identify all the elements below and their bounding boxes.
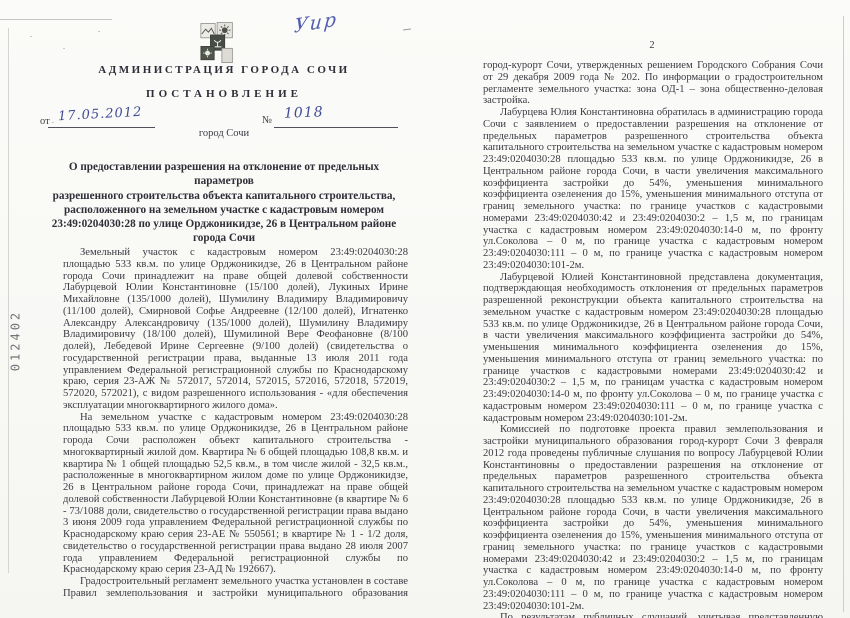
- document-title-line: разрешенного строительства объекта капит…: [50, 189, 398, 203]
- paragraph: По результатам публичных слушаний, учиты…: [483, 612, 823, 618]
- paragraph: город-курорт Сочи, утвержденных решением…: [483, 60, 823, 107]
- document-title: О предоставлении разрешения на отклонени…: [50, 160, 398, 246]
- handwritten-document-number: 1018: [284, 104, 324, 121]
- page-number: 2: [440, 40, 850, 51]
- handwritten-mark: Уир: [293, 8, 339, 37]
- paragraph: Лабурцева Юлия Константиновна обратилась…: [483, 107, 823, 272]
- document-title-line: 23:49:0204030:28 по улице Орджоникидзе, …: [50, 217, 398, 231]
- paragraph: Градостроительный регламент земельного у…: [63, 576, 408, 600]
- document-page-1: Уир АДМИНИСТРАЦИЯ ГОРОДА СОЧИ ПОСТАНОВЛЕ…: [16, 0, 432, 618]
- number-field-label: №: [262, 115, 272, 126]
- sochi-coat-of-arms-icon: [198, 22, 240, 67]
- document-title-line: города Сочи: [50, 231, 398, 245]
- paragraph: Лабурцевой Юлией Константиновной предста…: [483, 272, 823, 425]
- city-line: город Сочи: [50, 128, 398, 139]
- organization-name: АДМИНИСТРАЦИЯ ГОРОДА СОЧИ: [50, 64, 398, 76]
- paragraph: На земельном участке с кадастровым номер…: [63, 412, 408, 577]
- document-title-line: расположенного на земельном участке с ка…: [50, 203, 398, 217]
- page2-body: город-курорт Сочи, утвержденных решением…: [483, 60, 823, 618]
- date-field-label: от: [40, 116, 50, 127]
- document-page-2: 2 город-курорт Сочи, утвержденных решени…: [440, 0, 850, 618]
- paragraph: Комиссией по подготовке проекта правил з…: [483, 424, 823, 612]
- handwritten-date: 17.05.2012: [58, 105, 143, 124]
- document-type-heading: ПОСТАНОВЛЕНИЕ: [50, 88, 398, 100]
- document-title-line: О предоставлении разрешения на отклонени…: [50, 160, 398, 189]
- page1-body: Земельный участок с кадастровым номером …: [63, 247, 408, 600]
- paragraph: Земельный участок с кадастровым номером …: [63, 247, 408, 412]
